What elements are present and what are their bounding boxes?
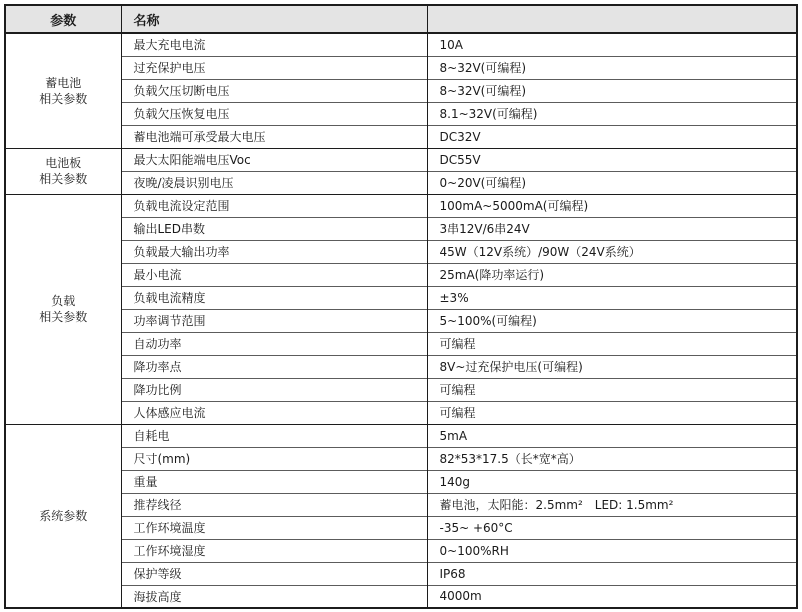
param-value-cell: 可编程 [427, 332, 797, 355]
table-row: 重量140g [5, 470, 797, 493]
param-value-cell: 10A [427, 33, 797, 56]
param-name-cell: 海拔高度 [121, 585, 427, 608]
param-value-cell: 可编程 [427, 401, 797, 424]
table-row: 负载欠压恢复电压8.1~32V(可编程) [5, 102, 797, 125]
param-name-cell: 夜晚/凌晨识别电压 [121, 171, 427, 194]
header-value [427, 5, 797, 33]
param-name-cell: 功率调节范围 [121, 309, 427, 332]
param-value-cell: 5~100%(可编程) [427, 309, 797, 332]
param-value-cell: 0~100%RH [427, 539, 797, 562]
category-cell: 蓄电池相关参数 [5, 33, 121, 148]
param-name-cell: 工作环境湿度 [121, 539, 427, 562]
param-name-cell: 负载电流精度 [121, 286, 427, 309]
category-line: 相关参数 [6, 91, 121, 107]
table-row: 人体感应电流可编程 [5, 401, 797, 424]
param-name-cell: 推荐线径 [121, 493, 427, 516]
table-row: 降功比例可编程 [5, 378, 797, 401]
param-value-cell: -35~ +60°C [427, 516, 797, 539]
table-row: 蓄电池相关参数最大充电电流10A [5, 33, 797, 56]
param-name-cell: 蓄电池端可承受最大电压 [121, 125, 427, 148]
table-row: 海拔高度4000m [5, 585, 797, 608]
spec-table-header: 参数 名称 [5, 5, 797, 33]
table-row: 最小电流25mA(降功率运行) [5, 263, 797, 286]
param-value-cell: 4000m [427, 585, 797, 608]
param-value-cell: 3串12V/6串24V [427, 217, 797, 240]
param-name-cell: 人体感应电流 [121, 401, 427, 424]
param-name-cell: 过充保护电压 [121, 56, 427, 79]
param-value-cell: 8~32V(可编程) [427, 79, 797, 102]
category-line: 蓄电池 [6, 75, 121, 91]
param-value-cell: 5mA [427, 424, 797, 447]
table-row: 负载最大输出功率45W（12V系统）/90W（24V系统） [5, 240, 797, 263]
category-line: 相关参数 [6, 171, 121, 187]
param-value-cell: DC32V [427, 125, 797, 148]
param-value-cell: 可编程 [427, 378, 797, 401]
param-value-cell: 8V~过充保护电压(可编程) [427, 355, 797, 378]
param-name-cell: 保护等级 [121, 562, 427, 585]
param-value-cell: 8.1~32V(可编程) [427, 102, 797, 125]
table-row: 负载电流精度±3% [5, 286, 797, 309]
param-name-cell: 降功率点 [121, 355, 427, 378]
param-value-cell: ±3% [427, 286, 797, 309]
header-name: 名称 [121, 5, 427, 33]
param-name-cell: 重量 [121, 470, 427, 493]
param-value-cell: 140g [427, 470, 797, 493]
param-name-cell: 工作环境温度 [121, 516, 427, 539]
param-name-cell: 自耗电 [121, 424, 427, 447]
spec-table-body: 蓄电池相关参数最大充电电流10A过充保护电压8~32V(可编程)负载欠压切断电压… [5, 33, 797, 608]
param-name-cell: 最大太阳能端电压Voc [121, 148, 427, 171]
param-name-cell: 负载最大输出功率 [121, 240, 427, 263]
category-cell: 系统参数 [5, 424, 121, 608]
category-cell: 电池板相关参数 [5, 148, 121, 194]
table-row: 自动功率可编程 [5, 332, 797, 355]
param-name-cell: 最大充电电流 [121, 33, 427, 56]
header-row: 参数 名称 [5, 5, 797, 33]
spec-table: 参数 名称 蓄电池相关参数最大充电电流10A过充保护电压8~32V(可编程)负载… [4, 4, 798, 609]
param-value-cell: 25mA(降功率运行) [427, 263, 797, 286]
table-row: 降功率点8V~过充保护电压(可编程) [5, 355, 797, 378]
table-row: 负载相关参数负载电流设定范围100mA~5000mA(可编程) [5, 194, 797, 217]
category-line: 相关参数 [6, 309, 121, 325]
header-parameter: 参数 [5, 5, 121, 33]
param-name-cell: 降功比例 [121, 378, 427, 401]
param-name-cell: 最小电流 [121, 263, 427, 286]
table-row: 保护等级IP68 [5, 562, 797, 585]
param-value-cell: 8~32V(可编程) [427, 56, 797, 79]
table-row: 工作环境温度-35~ +60°C [5, 516, 797, 539]
table-row: 功率调节范围5~100%(可编程) [5, 309, 797, 332]
table-row: 工作环境湿度0~100%RH [5, 539, 797, 562]
param-value-cell: IP68 [427, 562, 797, 585]
category-line: 负载 [6, 293, 121, 309]
category-line: 电池板 [6, 155, 121, 171]
param-name-cell: 输出LED串数 [121, 217, 427, 240]
param-name-cell: 自动功率 [121, 332, 427, 355]
table-row: 过充保护电压8~32V(可编程) [5, 56, 797, 79]
param-name-cell: 负载欠压恢复电压 [121, 102, 427, 125]
category-line: 系统参数 [6, 508, 121, 524]
param-name-cell: 尺寸(mm) [121, 447, 427, 470]
param-name-cell: 负载电流设定范围 [121, 194, 427, 217]
category-cell: 负载相关参数 [5, 194, 121, 424]
table-row: 输出LED串数3串12V/6串24V [5, 217, 797, 240]
table-row: 负载欠压切断电压8~32V(可编程) [5, 79, 797, 102]
param-value-cell: DC55V [427, 148, 797, 171]
table-row: 蓄电池端可承受最大电压DC32V [5, 125, 797, 148]
param-value-cell: 0~20V(可编程) [427, 171, 797, 194]
param-value-cell: 蓄电池，太阳能：2.5mm² LED: 1.5mm² [427, 493, 797, 516]
table-row: 电池板相关参数最大太阳能端电压VocDC55V [5, 148, 797, 171]
table-row: 推荐线径蓄电池，太阳能：2.5mm² LED: 1.5mm² [5, 493, 797, 516]
param-value-cell: 82*53*17.5（长*宽*高） [427, 447, 797, 470]
param-value-cell: 45W（12V系统）/90W（24V系统） [427, 240, 797, 263]
param-name-cell: 负载欠压切断电压 [121, 79, 427, 102]
table-row: 系统参数自耗电5mA [5, 424, 797, 447]
table-row: 夜晚/凌晨识别电压0~20V(可编程) [5, 171, 797, 194]
table-row: 尺寸(mm)82*53*17.5（长*宽*高） [5, 447, 797, 470]
param-value-cell: 100mA~5000mA(可编程) [427, 194, 797, 217]
